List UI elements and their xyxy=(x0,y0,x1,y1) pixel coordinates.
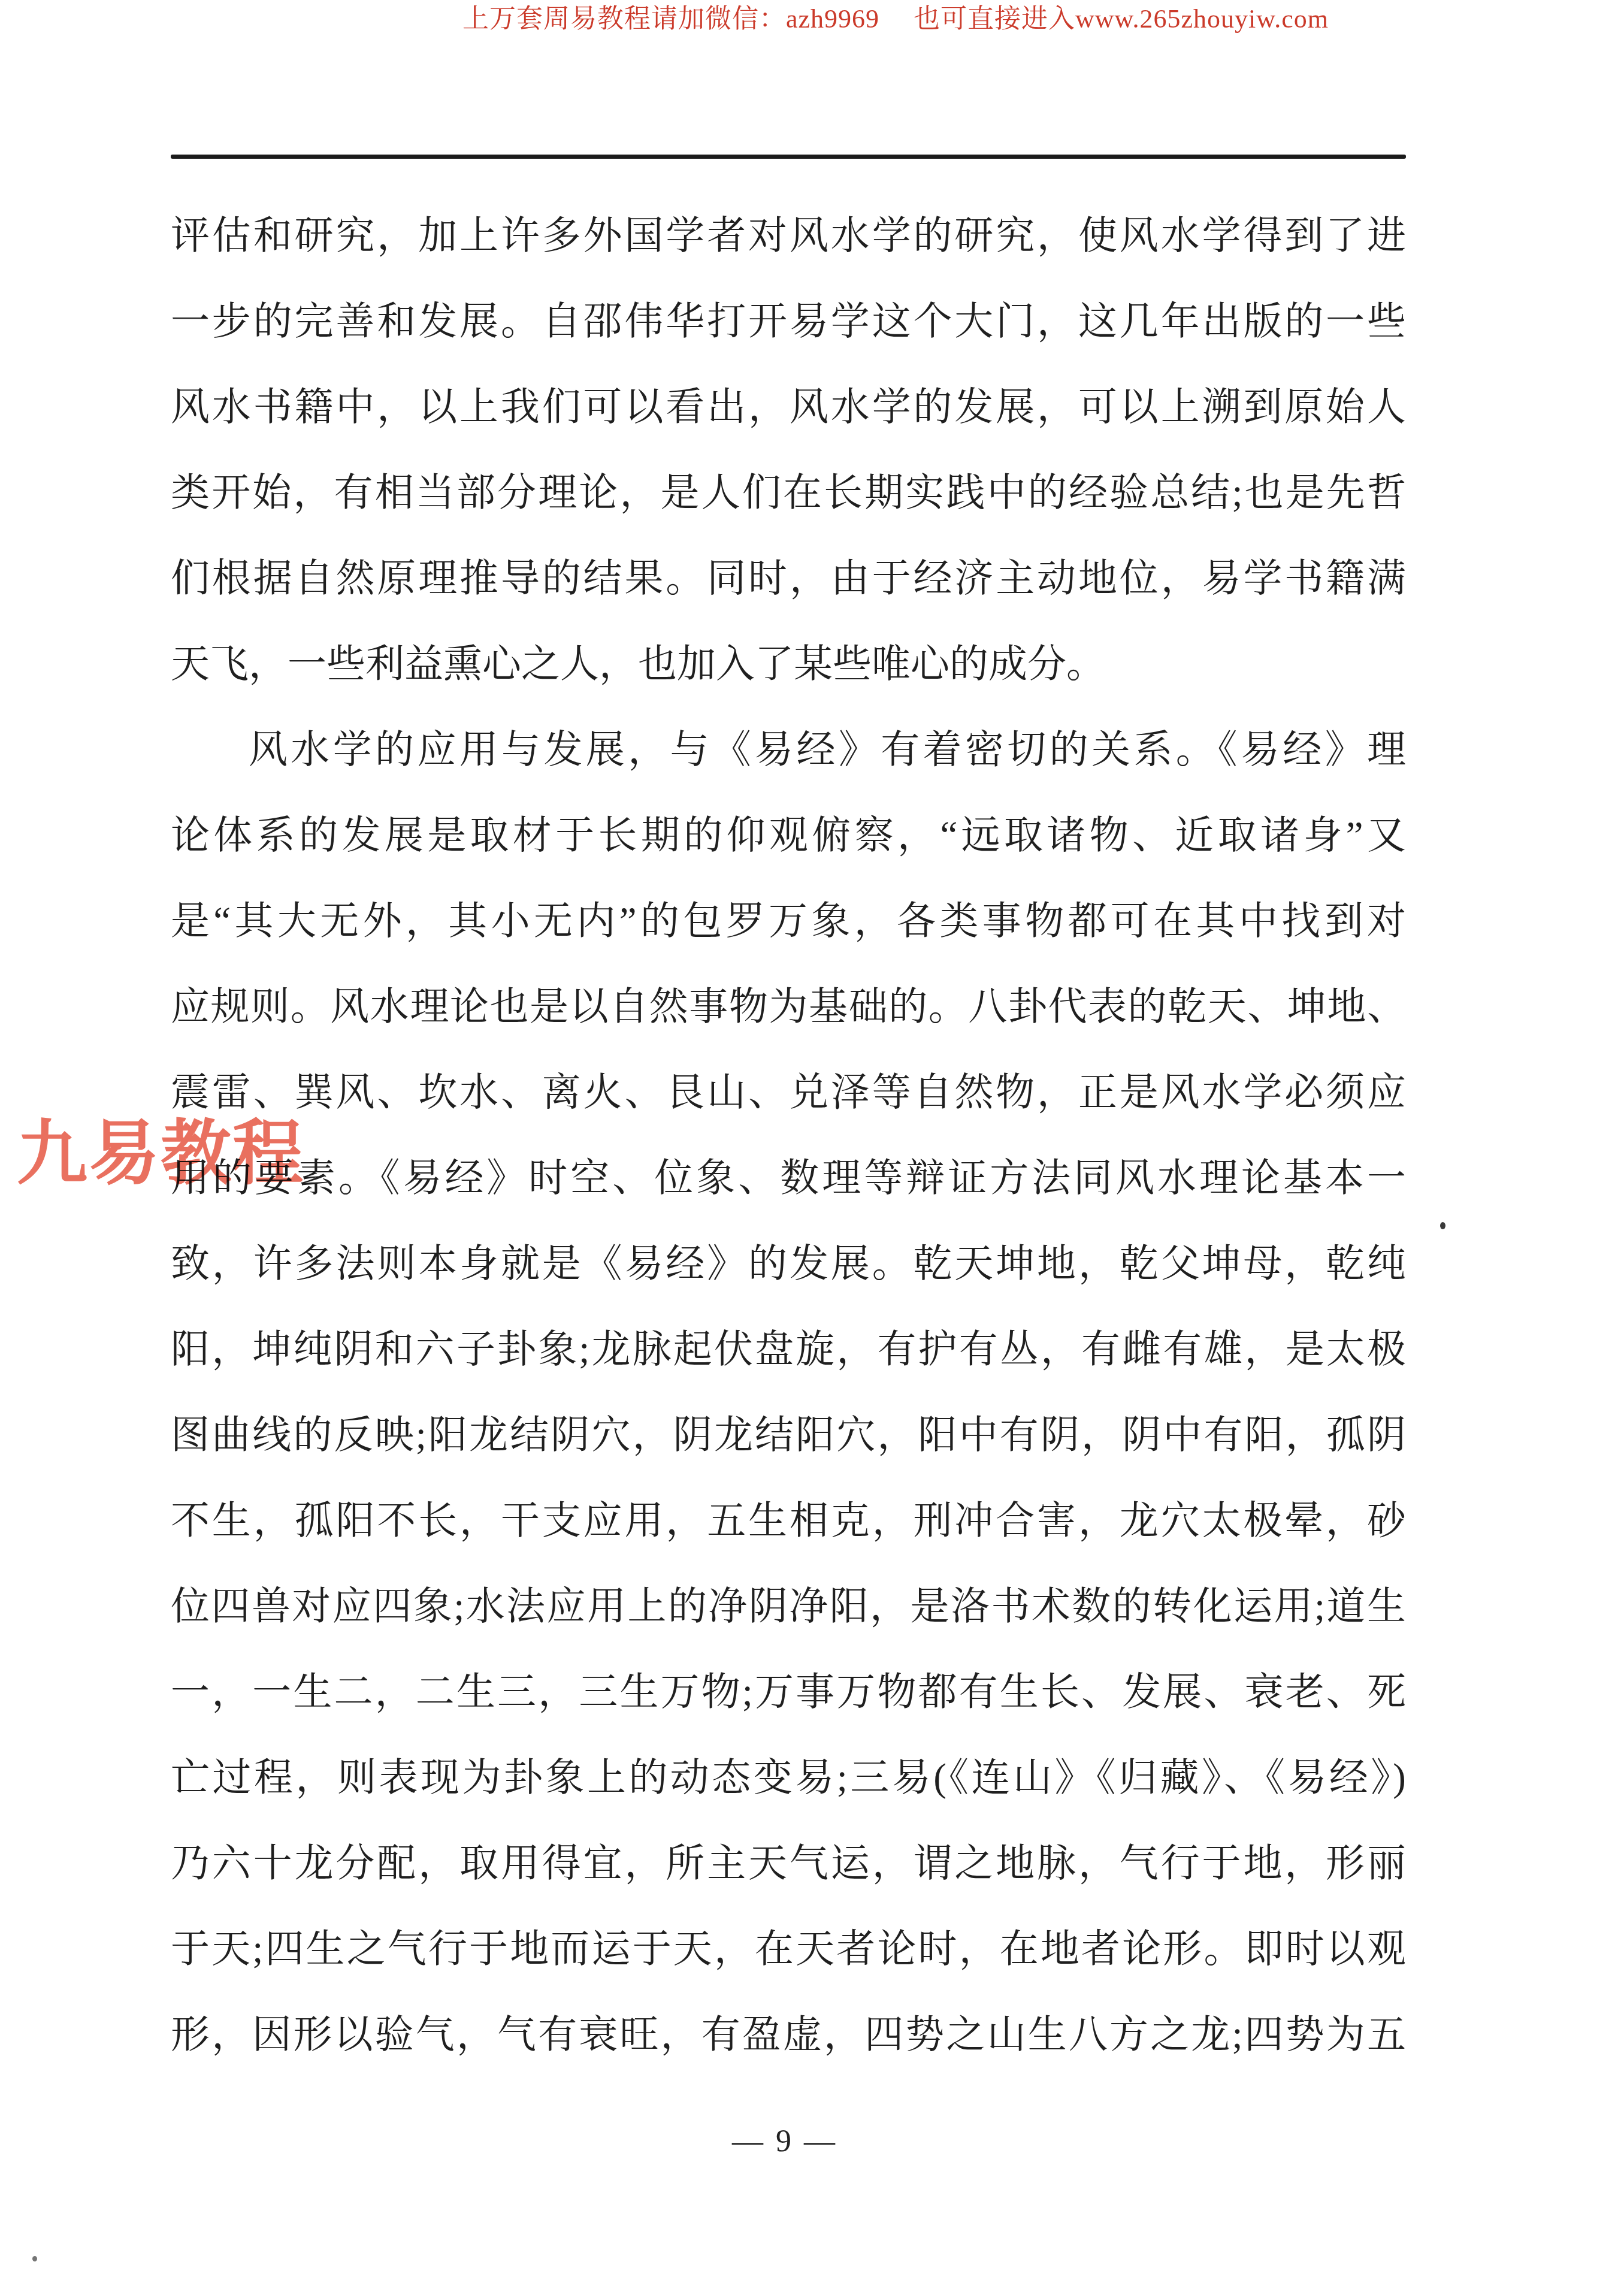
body-line: 风水书籍中，以上我们可以看出，风水学的发展，可以上溯到原始人 xyxy=(171,365,1406,450)
body-line: 图曲线的反映;阳龙结阴穴，阴龙结阳穴，阳中有阴，阴中有阳，孤阴 xyxy=(171,1393,1406,1478)
body-line: 不生，孤阳不长，干支应用，五生相克，刑冲合害，龙穴太极晕，砂 xyxy=(171,1478,1406,1564)
body-line: 应规则。风水理论也是以自然事物为基础的。八卦代表的乾天、坤地、 xyxy=(171,964,1406,1050)
body-line: 震雷、巽风、坎水、离火、艮山、兑泽等自然物，正是风水学必须应 xyxy=(171,1050,1406,1136)
body-line: 于天;四生之气行于地而运于天，在天者论时，在地者论形。即时以观 xyxy=(171,1907,1406,1992)
body-line: 论体系的发展是取材于长期的仰观俯察，“远取诸物、近取诸身”又 xyxy=(171,793,1406,879)
body-line: 亡过程，则表现为卦象上的动态变易;三易(《连山》《归藏》、《易经》) xyxy=(171,1735,1406,1821)
body-line: 形，因形以验气，气有衰旺，有盈虚，四势之山生八方之龙;四势为五 xyxy=(171,1992,1406,2078)
site-watermark: 九易教程 xyxy=(17,1115,304,1192)
body-line: 一步的完善和发展。自邵伟华打开易学这个大门，这几年出版的一些 xyxy=(171,279,1406,365)
body-line: 乃六十龙分配，取用得宜，所主天气运，谓之地脉，气行于地，形丽 xyxy=(171,1821,1406,1907)
body-line-paragraph-start: 风水学的应用与发展，与《易经》有着密切的关系。《易经》理 xyxy=(171,707,1406,793)
header-divider-rule xyxy=(171,155,1406,159)
body-line-paragraph-end: 天飞，一些利益熏心之人，也加入了某些唯心的成分。 xyxy=(171,622,1406,707)
body-line: 评估和研究，加上许多外国学者对风水学的研究，使风水学得到了进 xyxy=(171,193,1406,279)
body-line: 类开始，有相当部分理论，是人们在长期实践中的经验总结;也是先哲 xyxy=(171,450,1406,536)
body-line: 用的要素。《易经》时空、位象、数理等辩证方法同风水理论基本一 xyxy=(171,1136,1406,1221)
body-line: 位四兽对应四象;水法应用上的净阴净阳，是洛书术数的转化运用;道生 xyxy=(171,1564,1406,1650)
body-line: 们根据自然原理推导的结果。同时，由于经济主动地位，易学书籍满 xyxy=(171,536,1406,622)
scan-artifact-dot xyxy=(1440,1222,1445,1229)
body-line: 阳，坤纯阴和六子卦象;龙脉起伏盘旋，有护有丛，有雌有雄，是太极 xyxy=(171,1307,1406,1393)
body-line: 是“其大无外，其小无内”的包罗万象，各类事物都可在其中找到对 xyxy=(171,879,1406,964)
body-line: 致，许多法则本身就是《易经》的发展。乾天坤地，乾父坤母，乾纯 xyxy=(171,1221,1406,1307)
body-line: 一，一生二，二生三，三生万物;万事万物都有生长、发展、衰老、死 xyxy=(171,1650,1406,1735)
page-number: — 9 — xyxy=(0,2124,1569,2159)
body-paragraphs: 评估和研究，加上许多外国学者对风水学的研究，使风水学得到了进 一步的完善和发展。… xyxy=(171,193,1406,2078)
document-page: 上万套周易教程请加微信：azh9969 也可直接进入www.265zhouyiw… xyxy=(0,0,1624,2295)
scan-artifact-dot xyxy=(32,2256,37,2261)
promo-header-text: 上万套周易教程请加微信：azh9969 也可直接进入www.265zhouyiw… xyxy=(462,4,1329,35)
